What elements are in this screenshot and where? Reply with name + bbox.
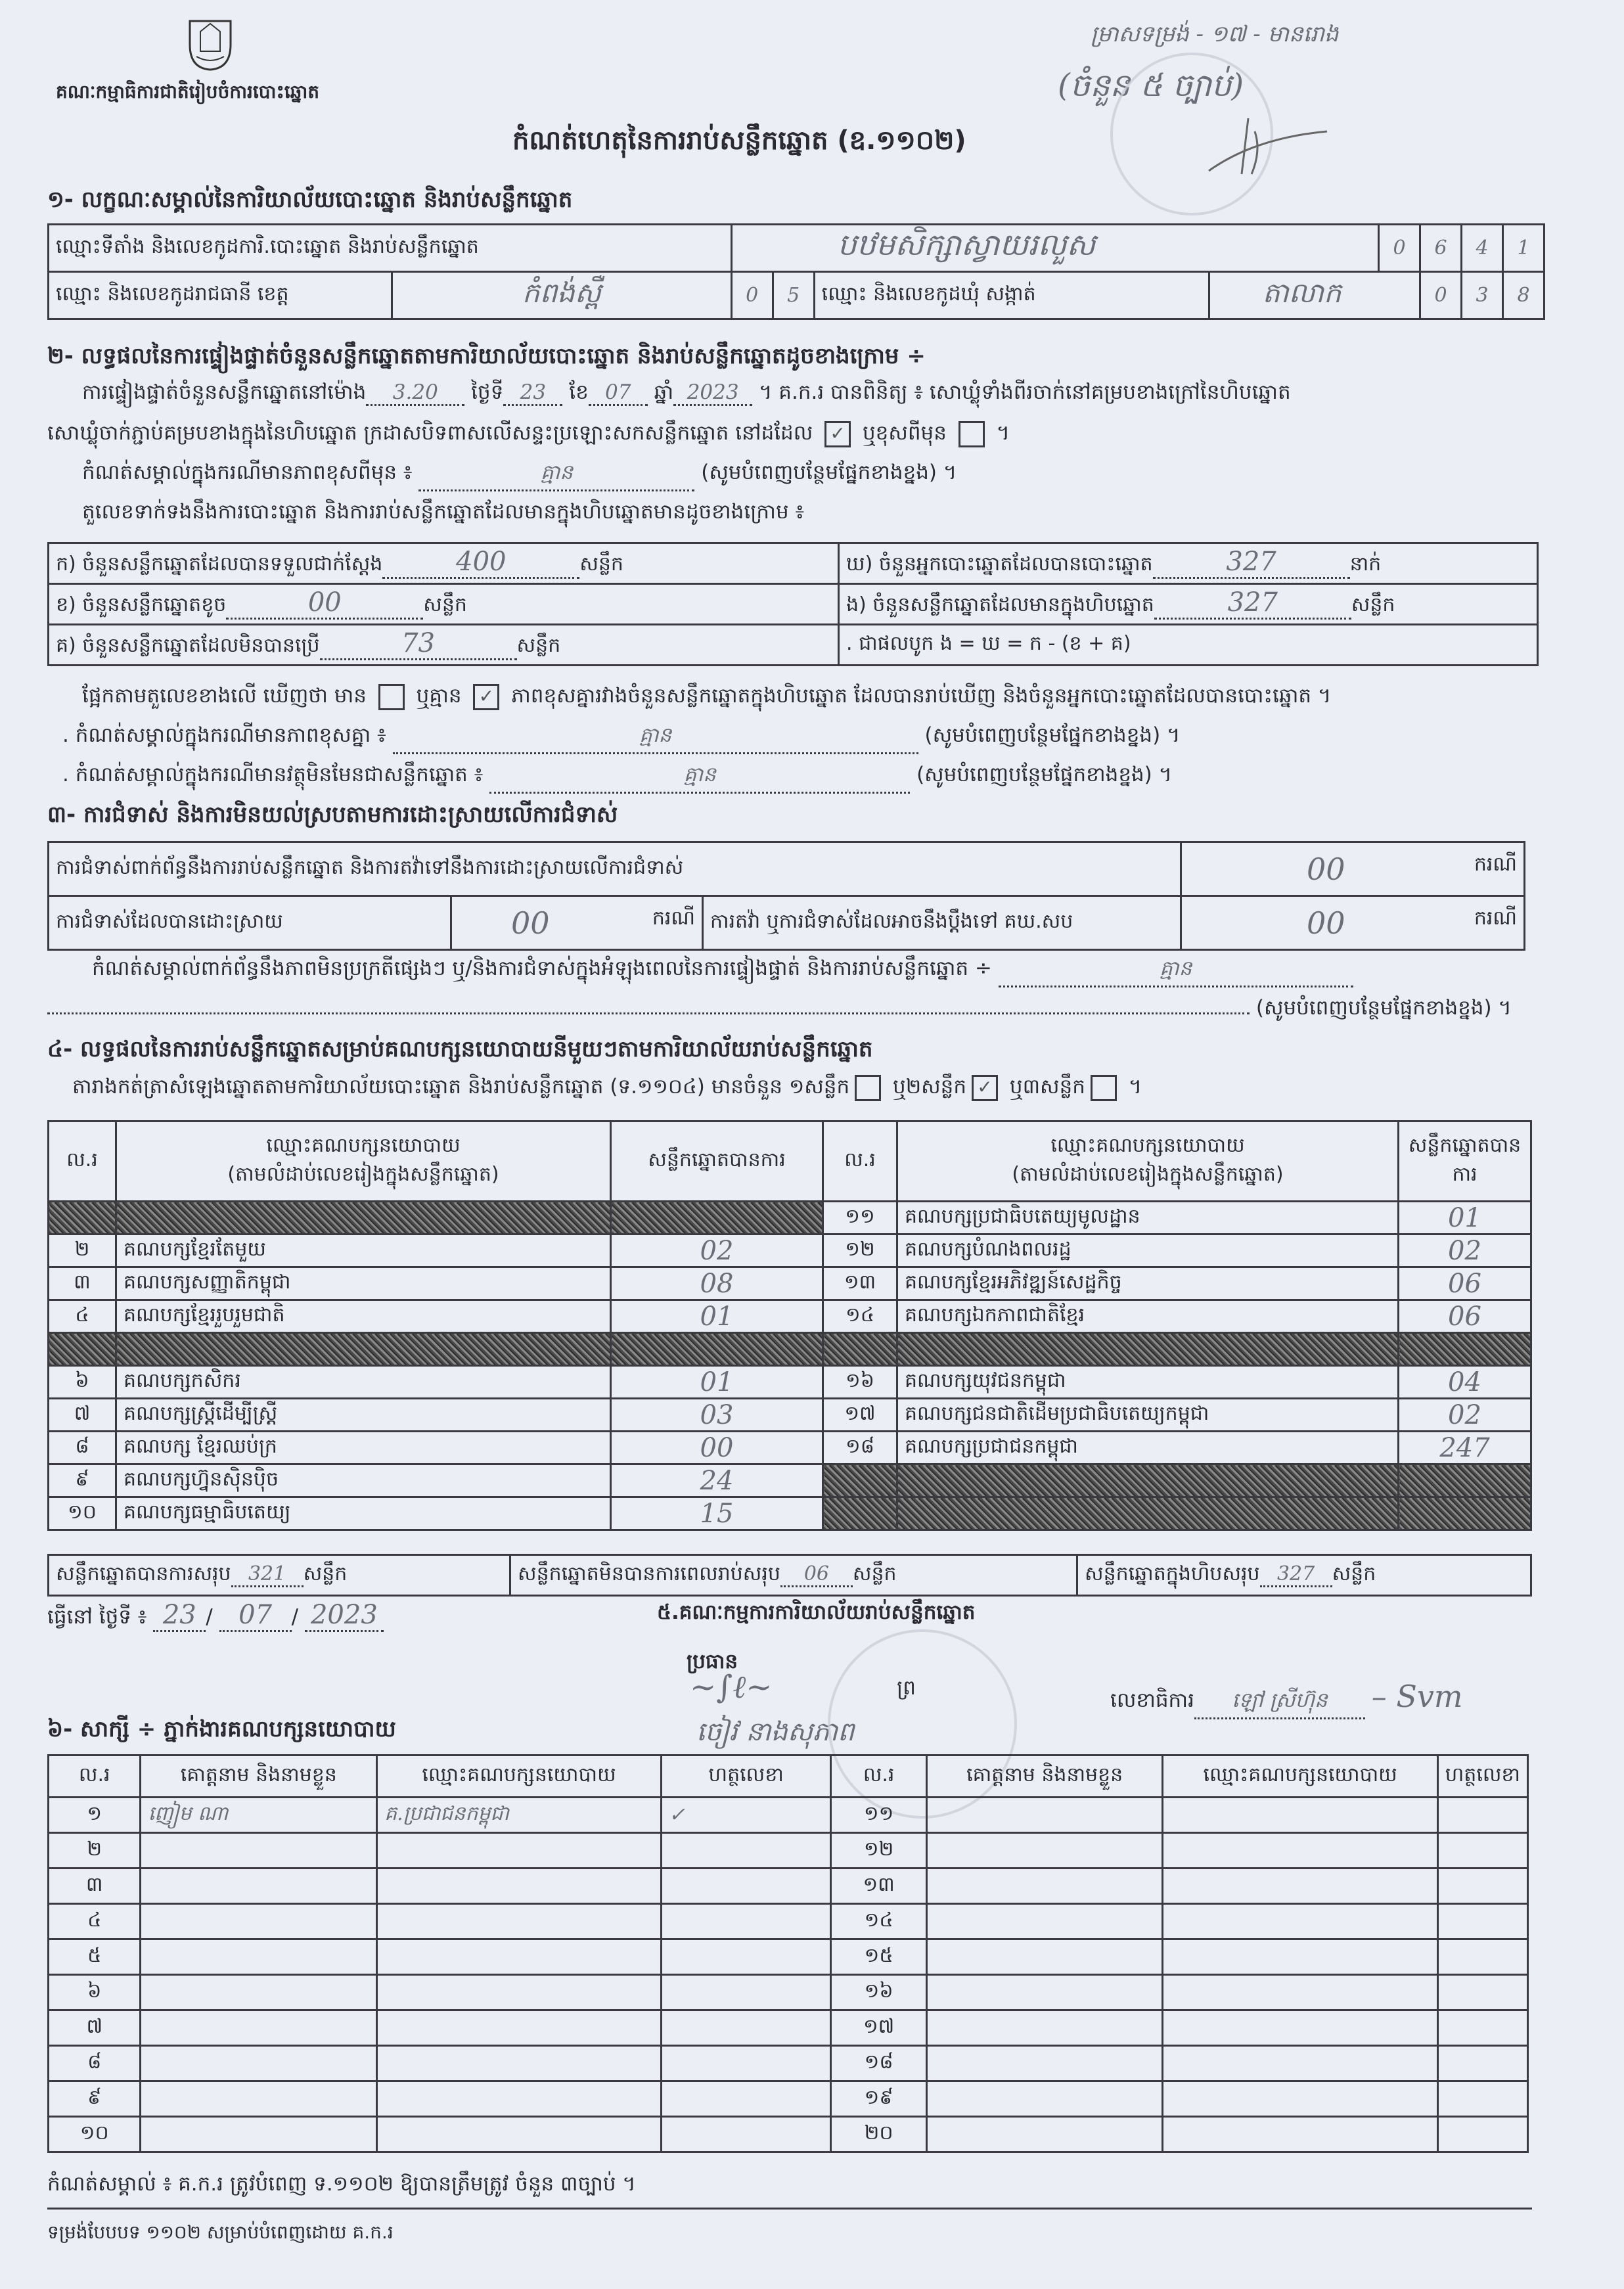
polling-station-label: ឈ្មោះទីតាំង និងលេខកូដការិ.បោះឆ្នោត និងរា… (49, 225, 732, 272)
verify-year: 2023 (673, 380, 752, 406)
note-object-line: . កំណត់សម្គាល់ក្នុងករណីមានវត្ថុមិនមែនជាស… (62, 762, 1172, 794)
witness-col-no-left: ល.រ (49, 1756, 141, 1798)
total-box-value: 327 (1260, 1562, 1332, 1587)
section1-heading: ១- លក្ខណៈសម្គាល់នៃការិយាល័យបោះឆ្នោត និងរ… (47, 185, 572, 218)
figure-unit: សន្លឹក (1351, 593, 1395, 616)
party-votes: 06 (1399, 1300, 1531, 1333)
witness-party[interactable] (1163, 2046, 1437, 2081)
section2-heading: ២- លទ្ធផលនៃការផ្ទៀងផ្ទាត់ចំនួនសន្លឹកឆ្នោ… (47, 342, 926, 374)
handwritten-note-top: ម្រាសទម្រង់ - ១៧ - មានរោង (1091, 20, 1339, 53)
objection-row3-value: 00 (1307, 905, 1345, 941)
party-no: ៦ (49, 1366, 116, 1399)
col-party-left-sub: (តាមលំដាប់លេខរៀងក្នុងសន្លឹកឆ្នោត) (124, 1162, 603, 1190)
party-votes: 02 (1399, 1399, 1531, 1432)
party-no: ៣ (49, 1267, 116, 1300)
witness-no: ១៦ (831, 1975, 926, 2010)
witness-sign[interactable] (661, 1833, 831, 1869)
witness-sign[interactable] (661, 1939, 831, 1975)
signature-icon (1202, 112, 1334, 177)
party-name: គណបក្សខ្មែរតែមួយ (116, 1235, 611, 1267)
verify-suffix: ។ គ.ក.រ បានពិនិត្យ ៖ សោឃ្លុំទាំងពីរចាក់ន… (759, 380, 1291, 404)
col-no-left: ល.រ (49, 1122, 116, 1202)
objection-row1-label: ការជំទាស់ពាក់ព័ន្ធនឹងការរាប់សន្លឹកឆ្នោត … (49, 842, 1181, 896)
col-party-right-title: ឈ្មោះគណបក្សនយោបាយ (905, 1133, 1391, 1162)
witness-sign[interactable] (1437, 1798, 1527, 1833)
section4-heading: ៤- លទ្ធផលនៃការរាប់សន្លឹកឆ្នោតសម្រាប់គណបក… (47, 1035, 872, 1068)
verify-prefix: ការផ្ទៀងផ្ទាត់ចំនួនសន្លឹកឆ្នោតនៅម៉ោង (82, 380, 366, 404)
total-box-cell: សន្លឹកឆ្នោតក្នុងហិបសរុប327សន្លឹក (1077, 1555, 1531, 1596)
party-name (897, 1464, 1399, 1497)
total-valid-cell: សន្លឹកឆ្នោតបានការសរុប321សន្លឹក (49, 1555, 510, 1596)
member-label: ព្រ (897, 1675, 916, 1705)
party-no (823, 1497, 897, 1530)
party-votes (611, 1202, 823, 1235)
witness-party[interactable] (377, 1904, 662, 1939)
witness-name[interactable] (141, 2081, 377, 2117)
witness-name[interactable] (926, 1904, 1163, 1939)
tally-option-1-label: ១សន្លឹក (789, 1075, 849, 1099)
polling-station-code-2: 6 (1420, 225, 1462, 272)
month-label: ខែ (569, 380, 589, 404)
witness-no: ១៣ (831, 1869, 926, 1904)
figures-row: ក) ចំនួនសន្លឹកឆ្នោតដែលបានទទួលជាក់ស្តែង40… (49, 543, 1538, 584)
footer-form-label: ទម្រង់បែបបទ ១១០២ សម្រាប់បំពេញដោយ គ.ក.រ (47, 2221, 394, 2248)
tally-option-1-checkbox[interactable] (855, 1075, 881, 1101)
party-votes: 06 (1399, 1267, 1531, 1300)
nec-emblem-icon (187, 18, 233, 71)
witness-no: ៣ (49, 1869, 141, 1904)
polling-station-code-3: 4 (1462, 225, 1503, 272)
party-votes: 00 (611, 1432, 823, 1464)
figure-unit: សន្លឹក (517, 634, 561, 657)
witness-sign[interactable] (661, 2046, 831, 2081)
witness-row: ៨១៨ (49, 2046, 1528, 2081)
party-no (49, 1333, 116, 1366)
witness-row: ៥១៥ (49, 1939, 1528, 1975)
fill-more-4: (សូមបំពេញបន្ថែមផ្នែកខាងខ្នង) ។ (1256, 996, 1512, 1020)
fill-more-3: (សូមបំពេញបន្ថែមផ្នែកខាងខ្នង) ។ (916, 763, 1172, 786)
party-no: ៨ (49, 1432, 116, 1464)
witness-name[interactable] (926, 1869, 1163, 1904)
witness-party[interactable]: គ.ប្រជាជនកម្ពុជា (377, 1798, 662, 1833)
party-no: ១១ (823, 1202, 897, 1235)
total-box-unit: សន្លឹក (1332, 1562, 1376, 1585)
total-valid-value: 321 (231, 1562, 304, 1587)
province-label: ឈ្មោះ និងលេខកូដរាជធានី ខេត្ត (49, 272, 392, 319)
col-votes-right: សន្លឹកឆ្នោតបានការ (1399, 1122, 1531, 1202)
witness-party[interactable] (377, 2046, 662, 2081)
commune-value: តាលាក (1209, 272, 1420, 319)
totals-table: សន្លឹកឆ្នោតបានការសរុប321សន្លឹក សន្លឹកឆ្ន… (47, 1554, 1532, 1597)
witness-sign[interactable] (661, 2081, 831, 2117)
party-row: ៧គណបក្សស្ត្រីដើម្បីស្ត្រី03១៧គណបក្សជនជាត… (49, 1399, 1531, 1432)
witness-sign[interactable] (1437, 1869, 1527, 1904)
polling-station-value: បឋមសិក្សាស្វាយរលួស (731, 225, 1378, 272)
different-checkbox[interactable] (959, 421, 985, 447)
party-row: ៩គណបក្សហ្វ៊ុនស៊ិនប៉ិច24 (49, 1464, 1531, 1497)
witness-no: ៦ (49, 1975, 141, 2010)
total-valid-unit: សន្លឹក (304, 1562, 348, 1585)
secretary-label: លេខាធិការ (1110, 1688, 1194, 1712)
date-label: ធ្វើនៅ ថ្ងៃទី (47, 1605, 131, 1629)
witness-no: ១ (49, 1798, 141, 1833)
witness-party[interactable] (1163, 1869, 1437, 1904)
note-diff-value: គ្មាន (393, 723, 918, 754)
different-label: ឬខុសពីមុន (863, 421, 947, 445)
irregularity-note-dots (47, 1012, 1250, 1014)
figure-label: គ) ចំនួនសន្លឹកឆ្នោតដែលមិនបានប្រើ (56, 634, 320, 657)
note-object-label: . កំណត់សម្គាល់ក្នុងករណីមានវត្ថុមិនមែនជាស… (62, 763, 483, 786)
figure-unit: សន្លឹក (579, 553, 623, 576)
party-name: គណបក្សហ្វ៊ុនស៊ិនប៉ិច (116, 1464, 611, 1497)
commune-code-3: 8 (1503, 272, 1545, 319)
witness-sign[interactable] (1437, 1975, 1527, 2010)
witness-name[interactable] (141, 1833, 377, 1869)
witness-name[interactable] (926, 1833, 1163, 1869)
footer-note: កំណត់សម្គាល់ ៖ គ.ក.រ ត្រូវបំពេញ ទ.១១០២ ឱ… (47, 2171, 636, 2201)
witness-party[interactable] (1163, 1975, 1437, 2010)
witness-no: ៥ (49, 1939, 141, 1975)
objection-row1-unit: ករណី (1474, 851, 1517, 880)
figure-value: 327 (1153, 547, 1350, 579)
party-row: ៦គណបក្សកសិករ01១៦គណបក្សយុវជនកម្ពុជា04 (49, 1366, 1531, 1399)
witness-sign[interactable] (1437, 1833, 1527, 1869)
figure-value: 73 (320, 628, 517, 660)
figure-cell: ខ) ចំនួនសន្លឹកឆ្នោតខូច00សន្លឹក (49, 584, 839, 625)
date-line: ធ្វើនៅ ថ្ងៃទី ៖ 23/ 07/ 2023 (47, 1600, 384, 1634)
party-no: ១៦ (823, 1366, 897, 1399)
figures-row: ខ) ចំនួនសន្លឹកឆ្នោតខូច00សន្លឹកង) ចំនួនសន… (49, 584, 1538, 625)
party-name: គណបក្ស ខ្មែរឈប់ក្រ (116, 1432, 611, 1464)
witness-party[interactable] (377, 1939, 662, 1975)
figure-label: ក) ចំនួនសន្លឹកឆ្នោតដែលបានទទួលជាក់ស្តែង (56, 553, 382, 576)
party-no: ១៣ (823, 1267, 897, 1300)
difference-line: ផ្អែកតាមតួលេខខាងលើ ឃើញថា មាន ឬគ្មាន ✓ ភា… (82, 683, 1331, 713)
irregularity-note-value: គ្មាន (999, 956, 1353, 987)
witness-no: ២ (49, 1833, 141, 1869)
party-row: ៨គណបក្ស ខ្មែរឈប់ក្រ00១៨គណបក្សប្រជាជនកម្ព… (49, 1432, 1531, 1464)
witness-party[interactable] (1163, 1904, 1437, 1939)
party-votes: 08 (611, 1267, 823, 1300)
witness-name[interactable] (926, 2081, 1163, 2117)
document-title: កំណត់ហេតុនៃការរាប់សន្លឹកឆ្នោត (ឧ.១១០២) (512, 124, 966, 162)
col-party-right-sub: (តាមលំដាប់លេខរៀងក្នុងសន្លឹកឆ្នោត) (905, 1162, 1391, 1190)
witness-name[interactable] (926, 2117, 1163, 2152)
witness-no: ១៧ (831, 2010, 926, 2046)
party-no (823, 1464, 897, 1497)
party-name (116, 1202, 611, 1235)
party-row (49, 1333, 1531, 1366)
witness-col-party-left: ឈ្មោះគណបក្សនយោបាយ (377, 1756, 662, 1798)
witness-no: ៨ (49, 2046, 141, 2081)
party-name: គណបក្សប្រជាធិបតេយ្យមូលដ្ឋាន (897, 1202, 1399, 1235)
objection-row2-unit: ករណី (652, 905, 695, 934)
note-before-label: កំណត់សម្គាល់ក្នុងករណីមានភាពខុសពីមុន ៖ (82, 461, 413, 484)
party-no: ១២ (823, 1235, 897, 1267)
party-name (897, 1333, 1399, 1366)
col-no-right: ល.រ (823, 1122, 897, 1202)
figure-cell: ក) ចំនួនសន្លឹកឆ្នោតដែលបានទទួលជាក់ស្តែង40… (49, 543, 839, 584)
secretary-name: ឡៅ ស្រីហ៊ុន (1194, 1688, 1365, 1719)
same-checkbox[interactable]: ✓ (824, 421, 851, 447)
party-name: គណបក្សជនជាតិដើមប្រជាធិបតេយ្យកម្ពុជា (897, 1399, 1399, 1432)
total-invalid-label: សន្លឹកឆ្នោតមិនបានការពេលរាប់សរុប (518, 1562, 780, 1585)
party-name: គណបក្សធម្មាធិបតេយ្យ (116, 1497, 611, 1530)
party-no: ១៨ (823, 1432, 897, 1464)
witness-sign[interactable] (1437, 1939, 1527, 1975)
commune-code-2: 3 (1462, 272, 1503, 319)
witness-name[interactable] (926, 1939, 1163, 1975)
irregularity-note-line: កំណត់សម្គាល់ពាក់ព័ន្ធនឹងភាពមិនប្រក្រតីផ្… (92, 956, 1353, 987)
figure-label: ង) ចំនួនសន្លឹកឆ្នោតដែលមានក្នុងហិបឆ្នោត (846, 593, 1154, 616)
day-label: ថ្ងៃទី (471, 380, 503, 404)
irregularity-note-line2: (សូមបំពេញបន្ថែមផ្នែកខាងខ្នង) ។ (47, 995, 1512, 1025)
party-votes: 04 (1399, 1366, 1531, 1399)
witness-sign[interactable] (661, 1869, 831, 1904)
witness-name[interactable] (141, 2046, 377, 2081)
witness-table: ល.រ គោត្តនាម និងនាមខ្លួន ឈ្មោះគណបក្សនយោប… (47, 1754, 1529, 2153)
witness-row: ៤១៤ (49, 1904, 1528, 1939)
party-votes: 15 (611, 1497, 823, 1530)
col-party-left-title: ឈ្មោះគណបក្សនយោបាយ (124, 1133, 603, 1162)
witness-col-name-right: គោត្តនាម និងនាមខ្លួន (926, 1756, 1163, 1798)
tally-option-3-checkbox[interactable] (1091, 1075, 1117, 1101)
total-valid-label: សន្លឹកឆ្នោតបានការសរុប (56, 1562, 231, 1585)
party-votes (1399, 1497, 1531, 1530)
witness-row: ៣១៣ (49, 1869, 1528, 1904)
witness-sign[interactable]: ✓ (661, 1798, 831, 1833)
witness-sign[interactable] (661, 1975, 831, 2010)
commune-label: ឈ្មោះ និងលេខកូដឃុំ សង្កាត់ (814, 272, 1209, 319)
party-votes (1399, 1464, 1531, 1497)
party-no: ៧ (49, 1399, 116, 1432)
irregularity-note-label: កំណត់សម្គាល់ពាក់ព័ន្ធនឹងភាពមិនប្រក្រតីផ្… (92, 957, 992, 980)
party-votes: 01 (611, 1300, 823, 1333)
party-name: គណបក្សកសិករ (116, 1366, 611, 1399)
seal-text: សោឃ្លុំចាក់ភ្ជាប់គម្របខាងក្នុងនៃហិបឆ្នោត… (47, 421, 813, 445)
objection-row2-value: 00 (511, 905, 550, 941)
section3-heading: ៣- ការជំទាស់ និងការមិនយល់ស្របតាមការដោះស្… (47, 800, 618, 833)
polling-station-table: ឈ្មោះទីតាំង និងលេខកូដការិ.បោះឆ្នោត និងរា… (47, 223, 1545, 320)
tally-option-2-checkbox[interactable]: ✓ (972, 1075, 998, 1101)
witness-party[interactable] (377, 1975, 662, 2010)
party-votes: 02 (611, 1235, 823, 1267)
difference-has-checkbox[interactable] (378, 684, 405, 710)
party-no: ១០ (49, 1497, 116, 1530)
witness-party[interactable] (1163, 1833, 1437, 1869)
objection-row1-value: 00 (1307, 851, 1345, 887)
party-results-table: ល.រ ឈ្មោះគណបក្សនយោបាយ(តាមលំដាប់លេខរៀងក្ន… (47, 1120, 1532, 1531)
party-votes: 01 (1399, 1202, 1531, 1235)
witness-name[interactable] (141, 1904, 377, 1939)
tally-option-3-label: ឬ៣សន្លឹក (1010, 1075, 1085, 1099)
total-invalid-value: 06 (780, 1562, 853, 1587)
figure-cell: គ) ចំនួនសន្លឹកឆ្នោតដែលមិនបានប្រើ73សន្លឹក (49, 625, 839, 666)
witness-name[interactable] (141, 2117, 377, 2152)
committee-heading: ៥.គណៈកម្មការការិយាល័យរាប់សន្លឹកឆ្នោត (657, 1600, 975, 1629)
figure-value: 327 (1154, 587, 1351, 620)
note-before-line: កំណត់សម្គាល់ក្នុងករណីមានភាពខុសពីមុន ៖ គ្… (82, 460, 957, 491)
party-no (823, 1333, 897, 1366)
witness-row: ១០២០ (49, 2117, 1528, 2152)
party-row: ១០គណបក្សធម្មាធិបតេយ្យ15 (49, 1497, 1531, 1530)
party-votes (611, 1333, 823, 1366)
total-invalid-cell: សន្លឹកឆ្នោតមិនបានការពេលរាប់សរុប06សន្លឹក (510, 1555, 1077, 1596)
witness-row: ២១២ (49, 1833, 1528, 1869)
figure-cell: ឃ) ចំនួនអ្នកបោះឆ្នោតដែលបានបោះឆ្នោត327នាក… (839, 543, 1538, 584)
year-label: ឆ្នាំ (654, 380, 674, 404)
figure-label: . ជាផលបូក ង = ឃ = ក - (ខ + គ) (846, 632, 1131, 655)
party-name: គណបក្សប្រជាជនកម្ពុជា (897, 1432, 1399, 1464)
fill-more-1: (សូមបំពេញបន្ថែមផ្នែកខាងខ្នង) ។ (701, 461, 957, 484)
date-year: 2023 (305, 1600, 384, 1632)
witness-name[interactable] (926, 2046, 1163, 2081)
difference-prefix: ផ្អែកតាមតួលេខខាងលើ ឃើញថា មាន (82, 684, 367, 708)
witness-party[interactable] (377, 1869, 662, 1904)
witness-row: ៧១៧ (49, 2010, 1528, 2046)
witness-sign[interactable] (1437, 2010, 1527, 2046)
witness-party[interactable] (1163, 2081, 1437, 2117)
party-votes: 247 (1399, 1432, 1531, 1464)
witness-row: ៦១៦ (49, 1975, 1528, 2010)
col-party-left: ឈ្មោះគណបក្សនយោបាយ(តាមលំដាប់លេខរៀងក្នុងសន… (116, 1122, 611, 1202)
party-no: ៤ (49, 1300, 116, 1333)
witness-name[interactable] (141, 2010, 377, 2046)
party-no (49, 1202, 116, 1235)
witness-party[interactable] (1163, 2117, 1437, 2152)
witness-name[interactable] (141, 1869, 377, 1904)
party-row: ៤គណបក្សខ្មែររួបរួមជាតិ01១៤គណបក្សឯកភាពជាត… (49, 1300, 1531, 1333)
party-votes: 01 (611, 1366, 823, 1399)
verify-day: 23 (503, 380, 562, 406)
witness-name[interactable]: ញៀម ណា (141, 1798, 377, 1833)
witness-party[interactable] (377, 1833, 662, 1869)
witness-no: ១៥ (831, 1939, 926, 1975)
party-name: គណបក្សយុវជនកម្ពុជា (897, 1366, 1399, 1399)
party-row: ២គណបក្សខ្មែរតែមួយ02១២គណបក្សបំណងពលរដ្ឋ02 (49, 1235, 1531, 1267)
difference-suffix: ភាពខុសគ្នារវាងចំនួនសន្លឹកឆ្នោតក្នុងហិបឆ្… (511, 684, 1331, 708)
figures-intro: តួលេខទាក់ទងនឹងការបោះឆ្នោត និងការរាប់សន្ល… (82, 499, 804, 529)
party-name: គណបក្សស្ត្រីដើម្បីស្ត្រី (116, 1399, 611, 1432)
party-row: ៣គណបក្សសញ្ញាតិកម្ពុជា08១៣គណបក្សខ្មែរអភិវ… (49, 1267, 1531, 1300)
figure-unit: នាក់ (1350, 553, 1382, 576)
witness-no: ១៨ (831, 2046, 926, 2081)
difference-none-label: ឬគ្មាន (417, 684, 462, 708)
polling-station-code-4: 1 (1503, 225, 1545, 272)
province-code-2: 5 (773, 272, 814, 319)
party-votes: 24 (611, 1464, 823, 1497)
witness-party[interactable] (377, 2081, 662, 2117)
secretary-line: លេខាធិការឡៅ ស្រីហ៊ុន – Svm (1110, 1679, 1463, 1719)
witness-no: ២០ (831, 2117, 926, 2152)
tally-option-2-label: ឬ២សន្លឹក (893, 1075, 966, 1099)
witness-sign[interactable] (1437, 2117, 1527, 2152)
date-day: 23 (153, 1600, 206, 1632)
col-party-right: ឈ្មោះគណបក្សនយោបាយ(តាមលំដាប់លេខរៀងក្នុងសន… (897, 1122, 1399, 1202)
secretary-signature: – Svm (1372, 1679, 1463, 1714)
witness-sign[interactable] (1437, 2081, 1527, 2117)
witness-col-no-right: ល.រ (831, 1756, 926, 1798)
figure-value: 00 (226, 587, 423, 620)
witness-col-sign-right: ហត្ថលេខា (1437, 1756, 1527, 1798)
difference-none-checkbox[interactable]: ✓ (473, 684, 499, 710)
witness-party[interactable] (377, 2117, 662, 2152)
section6-heading: ៦- សាក្សី ÷ ភ្នាក់ងារគណបក្សនយោបាយ (47, 1715, 396, 1748)
party-name: គណបក្សបំណងពលរដ្ឋ (897, 1235, 1399, 1267)
witness-no: ៤ (49, 1904, 141, 1939)
col-votes-left: សន្លឹកឆ្នោតបានការ (611, 1122, 823, 1202)
province-value: កំពង់ស្ពឺ (392, 272, 732, 319)
commune-code-1: 0 (1420, 272, 1462, 319)
witness-no: ១៤ (831, 1904, 926, 1939)
party-name: គណបក្សឯកភាពជាតិខ្មែរ (897, 1300, 1399, 1333)
note-diff-label: . កំណត់សម្គាល់ក្នុងករណីមានភាពខុសគ្នា ៖ (62, 723, 386, 747)
witness-col-sign-left: ហត្ថលេខា (661, 1756, 831, 1798)
figure-cell: . ជាផលបូក ង = ឃ = ក - (ខ + គ) (839, 625, 1538, 666)
polling-station-code-1: 0 (1379, 225, 1420, 272)
party-name: គណបក្សខ្មែររួបរួមជាតិ (116, 1300, 611, 1333)
witness-sign[interactable] (1437, 2046, 1527, 2081)
witness-no: ១២ (831, 1833, 926, 1869)
party-row: ១១គណបក្សប្រជាធិបតេយ្យមូលដ្ឋាន01 (49, 1202, 1531, 1235)
note-before-value: គ្មាន (418, 460, 694, 491)
witness-sign[interactable] (661, 2010, 831, 2046)
witness-no: ១១ (831, 1798, 926, 1833)
witness-sign[interactable] (1437, 1904, 1527, 1939)
figure-label: ឃ) ចំនួនអ្នកបោះឆ្នោតដែលបានបោះឆ្នោត (846, 553, 1153, 576)
figure-unit: សន្លឹក (423, 593, 467, 616)
figure-cell: ង) ចំនួនសន្លឹកឆ្នោតដែលមានក្នុងហិបឆ្នោត32… (839, 584, 1538, 625)
witness-name[interactable] (926, 2010, 1163, 2046)
objection-row3-unit: ករណី (1474, 905, 1517, 934)
party-name: គណបក្សសញ្ញាតិកម្ពុជា (116, 1267, 611, 1300)
witness-name[interactable] (141, 1939, 377, 1975)
verify-time: 3.20 (366, 380, 464, 406)
witness-party[interactable] (1163, 2010, 1437, 2046)
figure-value: 400 (382, 547, 579, 579)
witness-col-name-left: គោត្តនាម និងនាមខ្លួន (141, 1756, 377, 1798)
party-no: ២ (49, 1235, 116, 1267)
witness-party[interactable] (377, 2010, 662, 2046)
witness-sign[interactable] (661, 1904, 831, 1939)
party-name (116, 1333, 611, 1366)
witness-party[interactable] (1163, 1939, 1437, 1975)
witness-no: ៩ (49, 2081, 141, 2117)
seal-line: សោឃ្លុំចាក់ភ្ជាប់គម្របខាងក្នុងនៃហិបឆ្នោត… (47, 420, 1010, 450)
objections-table: ការជំទាស់ពាក់ព័ន្ធនឹងការរាប់សន្លឹកឆ្នោត … (47, 841, 1525, 951)
witness-name[interactable] (926, 1975, 1163, 2010)
witness-no: ១០ (49, 2117, 141, 2152)
note-object-value: គ្មាន (489, 762, 910, 794)
witness-party[interactable] (1163, 1798, 1437, 1833)
witness-no: ១៩ (831, 2081, 926, 2117)
witness-row: ១ញៀម ណាគ.ប្រជាជនកម្ពុជា✓១១ (49, 1798, 1528, 1833)
party-votes (1399, 1333, 1531, 1366)
witness-name[interactable] (141, 1975, 377, 2010)
organization-name: គណៈកម្មាធិការជាតិរៀបចំការបោះឆ្នោត (56, 80, 319, 107)
witness-sign[interactable] (661, 2117, 831, 2152)
verify-month: 07 (589, 380, 648, 406)
verify-line: ការផ្ទៀងផ្ទាត់ចំនួនសន្លឹកឆ្នោតនៅម៉ោង3.20… (82, 380, 1291, 409)
party-votes: 03 (611, 1399, 823, 1432)
witness-name[interactable] (926, 1798, 1163, 1833)
date-month: 07 (219, 1600, 292, 1632)
tally-prefix: តារាងកត់ត្រាសំឡេងឆ្នោតតាមការិយាល័យបោះឆ្ន… (72, 1075, 782, 1099)
chair-signature: ~∫ℓ~ (690, 1669, 772, 1706)
province-code-1: 0 (731, 272, 773, 319)
figures-table: ក) ចំនួនសន្លឹកឆ្នោតដែលបានទទួលជាក់ស្តែង40… (47, 542, 1539, 666)
total-invalid-unit: សន្លឹក (853, 1562, 897, 1585)
